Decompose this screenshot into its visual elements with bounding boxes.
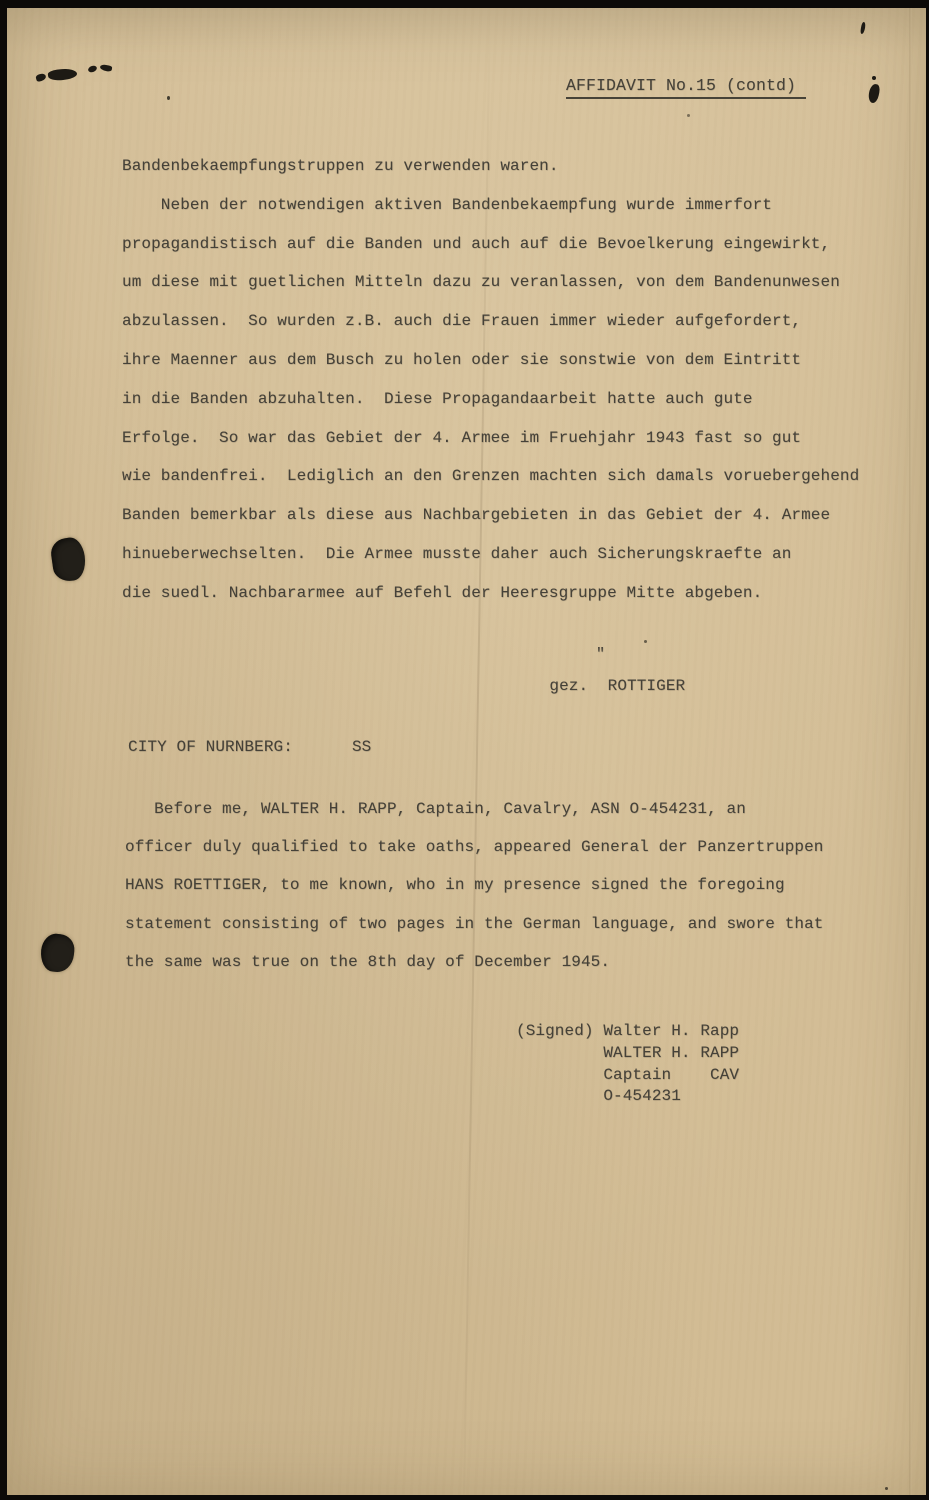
statement-line: propagandistisch auf die Banden und auch…: [122, 225, 859, 264]
statement-line: hinueberwechselten. Die Armee musste dah…: [122, 535, 859, 574]
certification-line: HANS ROETTIGER, to me known, who in my p…: [125, 866, 824, 904]
gez-o: O: [617, 677, 627, 695]
statement-line: um diese mit guetlichen Mitteln dazu zu …: [122, 263, 859, 302]
statement-line: abzulassen. So wurden z.B. auch die Frau…: [122, 302, 859, 341]
statement-line: Banden bemerkbar als diese aus Nachbarge…: [122, 496, 859, 535]
statement-line: die suedl. Nachbararmee auf Befehl der H…: [122, 574, 859, 613]
rapp-signature-block: (Signed) Walter H. Rapp WALTER H. RAPP C…: [516, 1021, 739, 1108]
typed-umlaut-mark: ": [596, 645, 605, 665]
ink-speck: [885, 1487, 888, 1490]
notary-venue-line: CITY OF NURNBERG: SS: [128, 737, 371, 757]
certification-line: the same was true on the 8th day of Dece…: [125, 943, 824, 981]
ss-label: SS: [352, 737, 371, 757]
gez-prefix: gez. R: [549, 677, 617, 695]
statement-line: wie bandenfrei. Lediglich an den Grenzen…: [122, 457, 859, 496]
signature-line: Captain CAV: [516, 1065, 739, 1087]
signature-line: (Signed) Walter H. Rapp: [516, 1021, 739, 1043]
ink-speck: [872, 76, 876, 80]
certification-line: Before me, WALTER H. RAPP, Captain, Cava…: [125, 790, 824, 828]
german-statement-paragraph: Bandenbekaempfungstruppen zu verwenden w…: [122, 147, 859, 613]
statement-line: Bandenbekaempfungstruppen zu verwenden w…: [122, 147, 859, 186]
city-of-nurnberg-label: CITY OF NURNBERG:: [128, 737, 293, 757]
ink-speck: [687, 114, 690, 117]
ink-speck: [167, 96, 170, 100]
ink-speck: [644, 640, 647, 643]
statement-line: Neben der notwendigen aktiven Bandenbeka…: [122, 186, 859, 225]
signature-line: WALTER H. RAPP: [516, 1043, 739, 1065]
certification-line: officer duly qualified to take oaths, ap…: [125, 828, 824, 866]
paper-crease-right: [909, 8, 912, 1495]
certification-line: statement consisting of two pages in the…: [125, 905, 824, 943]
gez-rest: TTIGER: [627, 677, 685, 695]
statement-line: in die Banden abzuhalten. Diese Propagan…: [122, 380, 859, 419]
statement-line: ihre Maenner aus dem Busch zu holen oder…: [122, 341, 859, 380]
notary-certification-paragraph: Before me, WALTER H. RAPP, Captain, Cava…: [125, 790, 824, 981]
gez-roettiger-signature-line: gez. ROTTIGER ": [530, 656, 685, 716]
statement-line: Erfolge. So war das Gebiet der 4. Armee …: [122, 419, 859, 458]
page-title: AFFIDAVIT No.15 (contd): [566, 76, 806, 99]
signature-line: O-454231: [516, 1086, 739, 1108]
